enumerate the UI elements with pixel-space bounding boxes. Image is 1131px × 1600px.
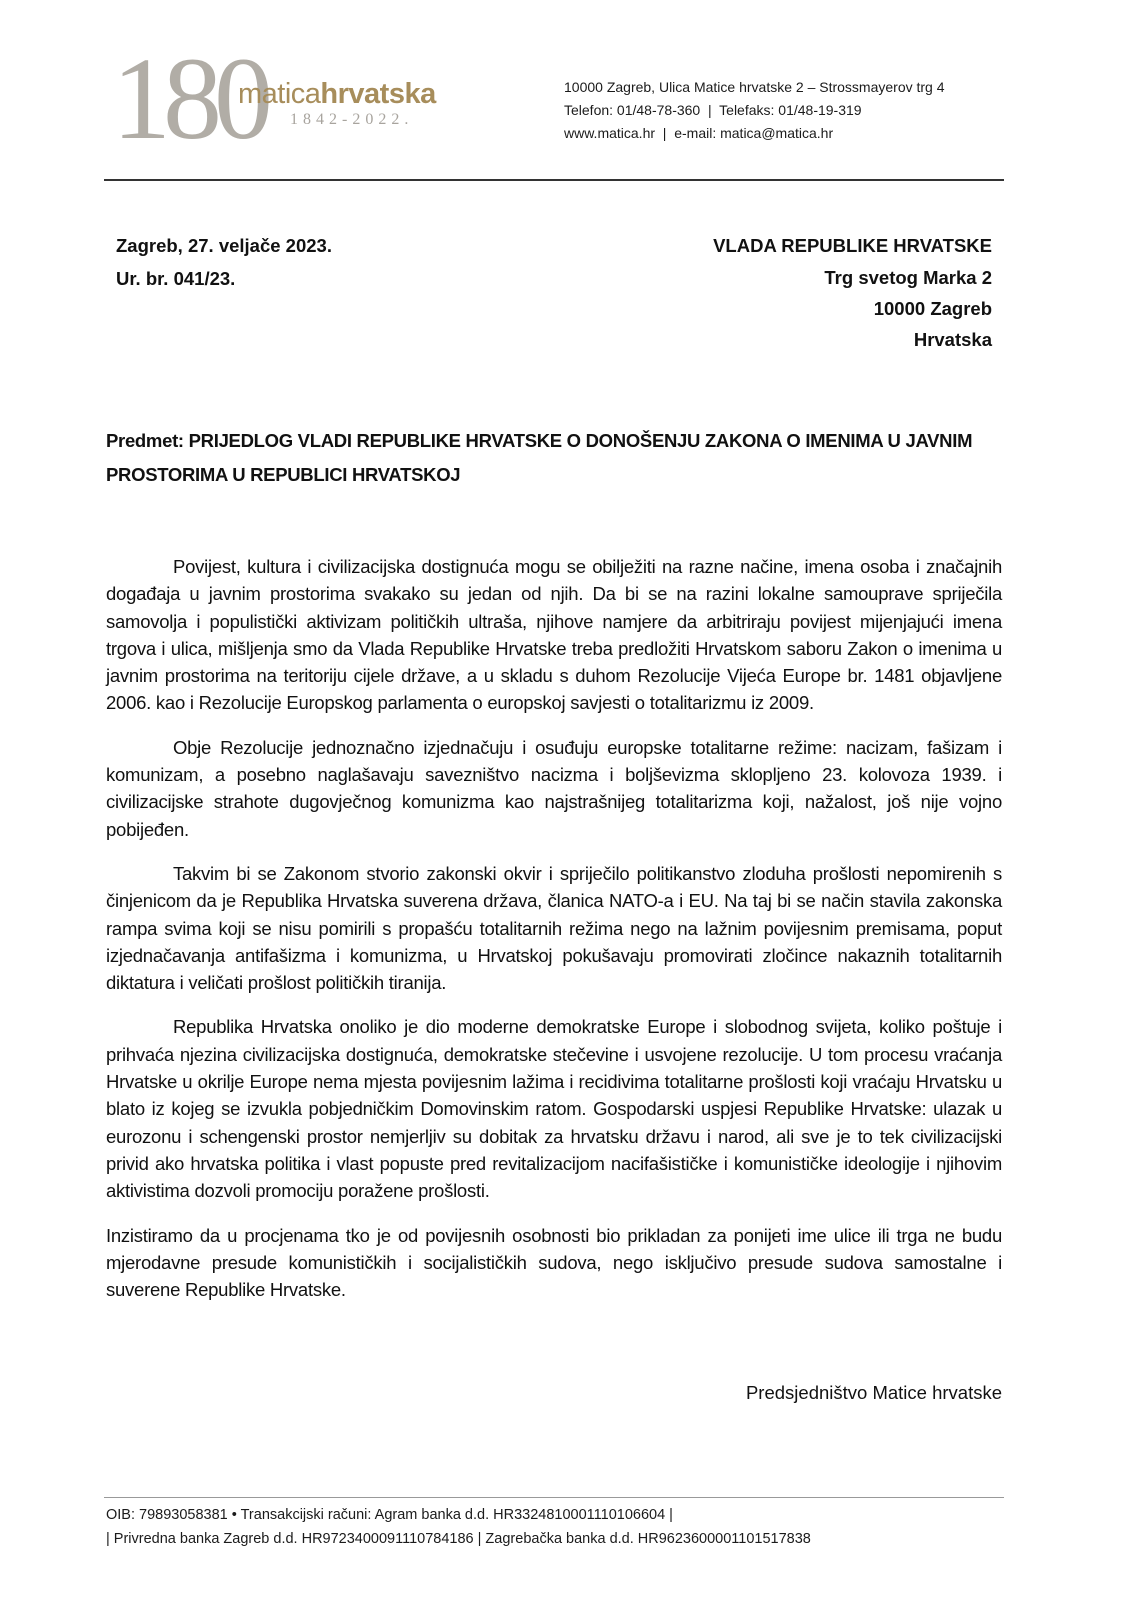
- recipient-name: VLADA REPUBLIKE HRVATSKE: [713, 229, 992, 262]
- logo-wordmark-bold: hrvatska: [320, 78, 435, 110]
- contact-address: 10000 Zagreb, Ulica Matice hrvatske 2 – …: [564, 76, 945, 99]
- letter-reference: Ur. br. 041/23.: [116, 262, 332, 295]
- footer-line-2: | Privredna banka Zagreb d.d. HR97234000…: [106, 1527, 811, 1551]
- body-paragraph: Inzistiramo da u procjenama tko je od po…: [106, 1222, 1002, 1304]
- logo-wordmark-light: matica: [238, 78, 320, 110]
- letterhead-contact: 10000 Zagreb, Ulica Matice hrvatske 2 – …: [564, 76, 945, 145]
- logo-years: 1842-2022.: [290, 112, 413, 128]
- contact-phone: Telefon: 01/48-78-360 | Telefaks: 01/48-…: [564, 99, 945, 122]
- body-paragraph: Povijest, kultura i civilizacijska dosti…: [106, 553, 1002, 717]
- letter-meta: Zagreb, 27. veljače 2023. Ur. br. 041/23…: [116, 229, 332, 295]
- signature: Predsjedništvo Matice hrvatske: [746, 1382, 1002, 1404]
- letter-subject: Predmet: PRIJEDLOG VLADI REPUBLIKE HRVAT…: [106, 424, 1006, 492]
- letter-date: Zagreb, 27. veljače 2023.: [116, 229, 332, 262]
- header-divider: [104, 179, 1004, 181]
- contact-web: www.matica.hr | e-mail: matica@matica.hr: [564, 122, 945, 145]
- recipient-address: VLADA REPUBLIKE HRVATSKE Trg svetog Mark…: [713, 229, 992, 355]
- logo-wordmark: maticahrvatska: [238, 80, 436, 109]
- body-paragraph: Republika Hrvatska onoliko je dio modern…: [106, 1013, 1002, 1204]
- recipient-city: 10000 Zagreb: [713, 293, 992, 324]
- matica-hrvatska-logo: 180 maticahrvatska 1842-2022.: [112, 58, 452, 158]
- recipient-country: Hrvatska: [713, 324, 992, 355]
- letter-footer: OIB: 79893058381 • Transakcijski računi:…: [106, 1503, 811, 1551]
- letter-body: Povijest, kultura i civilizacijska dosti…: [106, 553, 1002, 1320]
- footer-divider: [104, 1497, 1004, 1498]
- recipient-street: Trg svetog Marka 2: [713, 262, 992, 293]
- body-paragraph: Takvim bi se Zakonom stvorio zakonski ok…: [106, 860, 1002, 996]
- body-paragraph: Obje Rezolucije jednoznačno izjednačuju …: [106, 734, 1002, 843]
- footer-line-1: OIB: 79893058381 • Transakcijski računi:…: [106, 1503, 811, 1527]
